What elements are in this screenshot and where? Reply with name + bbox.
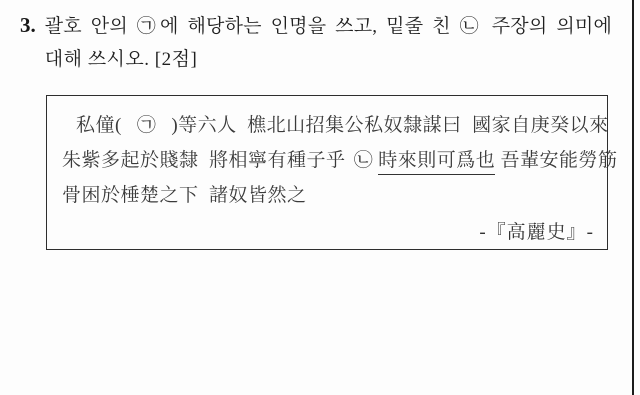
question-block: 3. 괄호 안의 ㉠에 해당하는 인명을 쓰고, 밑줄 친 ㉡ 주장의 의미에 …	[20, 10, 612, 76]
passage-line-1: 私僮(㉠)等六人 樵北山招集公私奴隸謀曰 國家自庚癸以來	[62, 108, 594, 143]
passage-line-2: 朱紫多起於賤隸 將相寧有種子乎 ㉡時來則可爲也 吾輩安能勞筋	[62, 143, 594, 178]
question-number: 3.	[20, 10, 36, 40]
circled-nieun-marker: ㉡	[354, 150, 374, 171]
source-citation: -『高麗史』-	[62, 219, 594, 247]
passage-line2-pre: 朱紫多起於賤隸 將相寧有種子乎	[62, 150, 351, 171]
passage-box: 私僮(㉠)等六人 樵北山招集公私奴隸謀曰 國家自庚癸以來 朱紫多起於賤隸 將相寧…	[46, 95, 608, 250]
underlined-claim: 時來則可爲也	[378, 150, 495, 175]
passage-line1-pre: 私僮(	[76, 115, 122, 136]
question-text-line2: 대해 쓰시오. [2점]	[45, 43, 612, 76]
question-text: 괄호 안의 ㉠에 해당하는 인명을 쓰고, 밑줄 친 ㉡ 주장의 의미에 대해 …	[45, 10, 612, 76]
passage-line1-post: )等六人 樵北山招集公私奴隸謀曰 國家自庚癸以來	[171, 115, 608, 136]
circled-giyeok-marker: ㉠	[137, 115, 157, 136]
passage-line2-post: 吾輩安能勞筋	[495, 150, 617, 171]
passage-line-3: 骨困於棰楚之下 諸奴皆然之	[62, 178, 594, 213]
question-text-line1: 괄호 안의 ㉠에 해당하는 인명을 쓰고, 밑줄 친 ㉡ 주장의 의미에	[45, 10, 612, 43]
exam-page: 3. 괄호 안의 ㉠에 해당하는 인명을 쓰고, 밑줄 친 ㉡ 주장의 의미에 …	[0, 0, 640, 395]
column-divider	[632, 0, 634, 395]
